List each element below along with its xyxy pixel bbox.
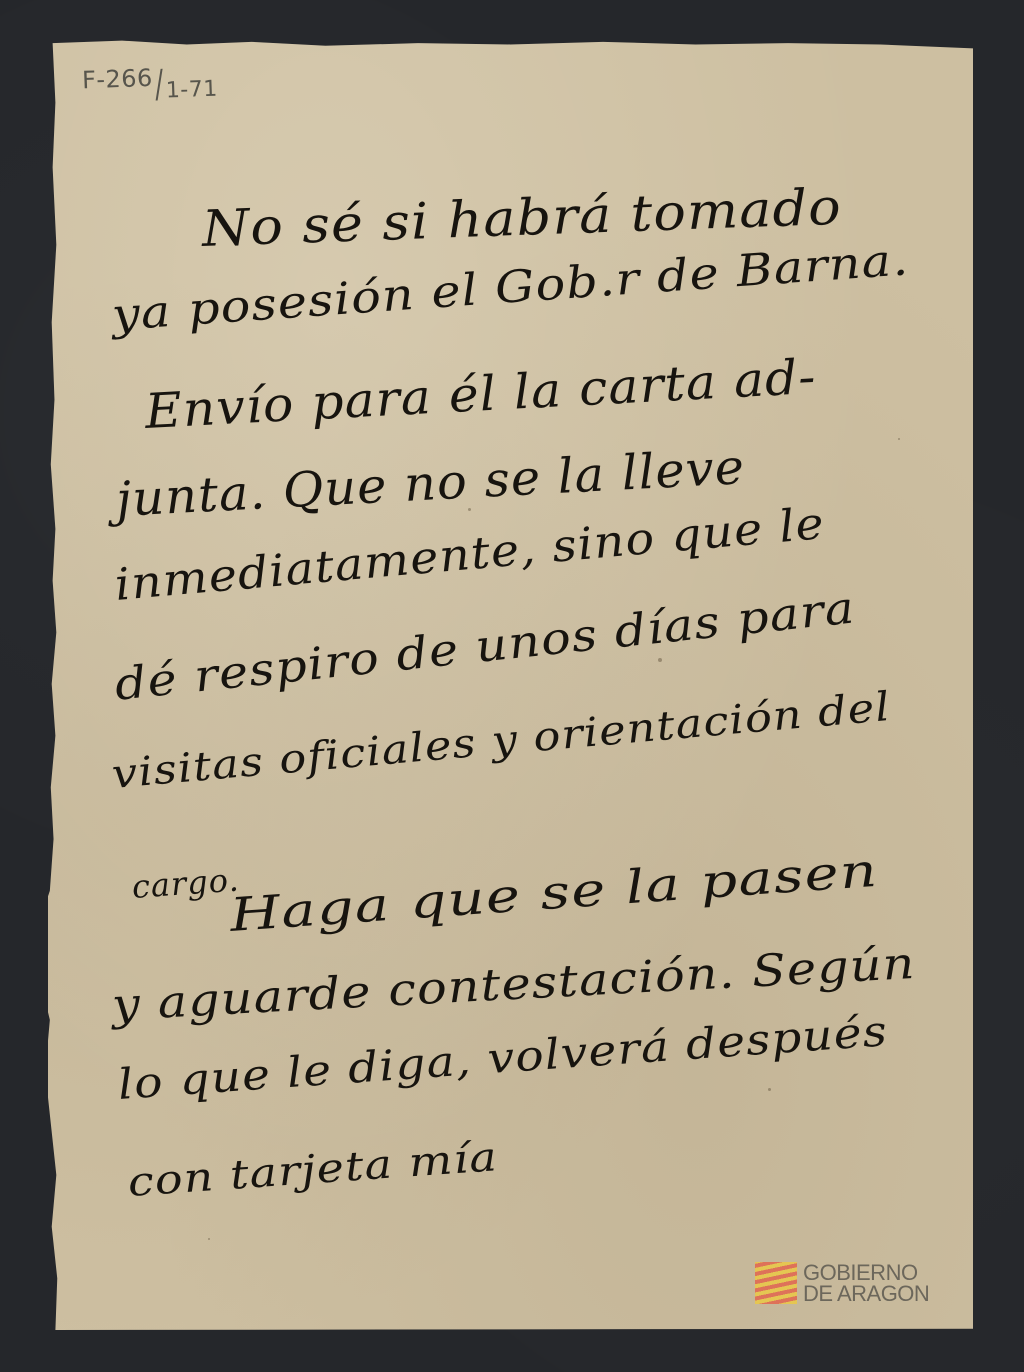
aragon-flag-icon xyxy=(755,1262,797,1304)
archive-reference-main: F-266 xyxy=(82,64,154,94)
gobierno-de-aragon-watermark: GOBIERNO DE ARAGON xyxy=(755,1262,929,1304)
archive-reference: F-266/1-71 xyxy=(82,62,218,95)
archive-reference-sub: 1-71 xyxy=(165,77,218,104)
watermark-line-1: GOBIERNO xyxy=(803,1262,929,1283)
watermark-text: GOBIERNO DE ARAGON xyxy=(803,1262,929,1304)
letter-line: cargo. xyxy=(131,861,241,906)
watermark-line-2: DE ARAGON xyxy=(803,1283,929,1304)
